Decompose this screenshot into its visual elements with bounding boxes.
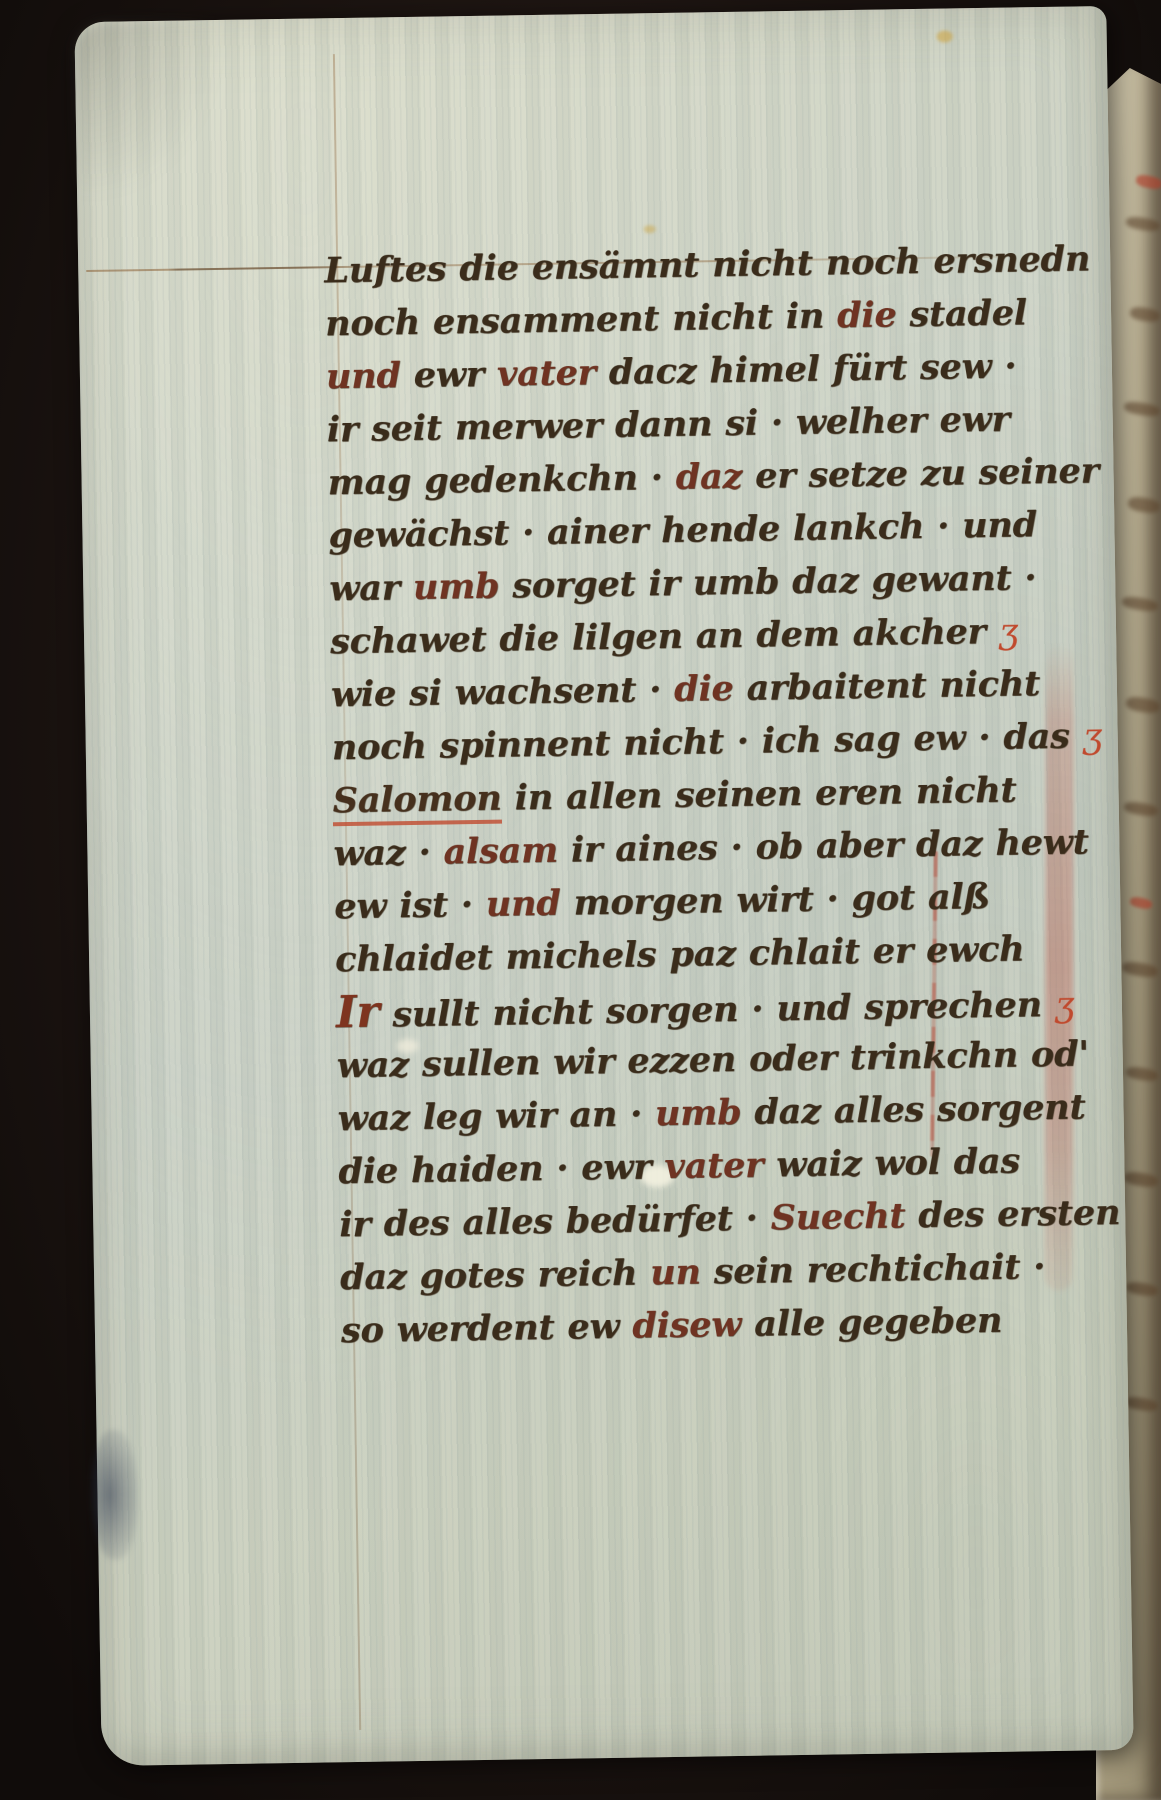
paper-stain [74, 20, 227, 202]
ink-smudge [90, 1429, 138, 1560]
text-segment: un [650, 1252, 701, 1294]
text-segment: Luftes die ensämnt nicht noch ersnedn [324, 238, 1090, 291]
text-segment: ʒ [998, 611, 1018, 651]
text-segment: vater [664, 1145, 764, 1188]
text-segment: Ir [336, 987, 380, 1039]
text-segment: ir des alles bedürfet · [339, 1197, 771, 1245]
text-segment: die [674, 668, 734, 710]
text-segment: daz gotes reich [340, 1252, 651, 1298]
text-segment: ir seit merwer dann si · welher ewr [326, 399, 1010, 451]
text-segment: Salomon [332, 778, 502, 827]
text-segment: sorget ir umb daz gewant · [499, 557, 1037, 606]
text-segment: daz alles sorgent [741, 1086, 1086, 1132]
text-segment: waz sullen wir ezzen oder trinkchn od' [336, 1033, 1089, 1086]
text-segment: waz leg wir an · [337, 1093, 655, 1139]
text-segment: ew ist · [334, 884, 486, 927]
text-segment: alsam [443, 830, 558, 873]
text-segment: schawet die lilgen an dem akcher [330, 611, 999, 662]
text-segment: ʒ [1082, 716, 1102, 756]
adjacent-page-rubric-smudge [1129, 896, 1153, 910]
text-segment: noch spinnent nicht · ich sag ew · das [331, 715, 1082, 768]
adjacent-page-text-smudge [1123, 1395, 1158, 1412]
text-segment: in allen seinen eren nicht [501, 770, 1016, 819]
manuscript-text-block: Luftes die ensämnt nicht noch ersnednnoc… [324, 234, 1009, 1357]
text-segment: sein rechtichait · [700, 1246, 1045, 1292]
text-segment: disew [632, 1304, 742, 1347]
text-segment: daz [675, 456, 742, 498]
adjacent-page-text-smudge [1127, 496, 1161, 515]
adjacent-page-text-smudge [1125, 1281, 1158, 1298]
paper-stain [937, 30, 953, 42]
manuscript-line: so werdent ew disew alle gegeben [341, 1294, 1010, 1357]
text-segment: und [485, 883, 560, 925]
text-segment: ʒ [1054, 985, 1074, 1025]
text-segment: umb [655, 1092, 742, 1134]
text-segment: die haiden · ewr [338, 1146, 665, 1192]
text-segment: war [329, 567, 413, 609]
paper-stain [644, 225, 656, 233]
text-segment: dacz himel fürt sew · [596, 345, 1017, 393]
text-segment: mag gedenkchn · [327, 457, 676, 503]
text-segment: sullt nicht sorgen · und sprechen [379, 984, 1055, 1036]
text-segment: chlaidet michels paz chlait er ewch [335, 928, 1025, 980]
adjacent-page-text-smudge [1125, 1066, 1158, 1083]
text-segment: arbaitent nicht [733, 663, 1040, 709]
adjacent-page-text-smudge [1123, 400, 1160, 417]
text-segment: ir aines · ob aber daz hewt [558, 821, 1089, 870]
text-segment: waz · [333, 832, 444, 875]
text-segment: vater [497, 352, 597, 395]
text-segment: wie si wachsent · [331, 669, 675, 715]
adjacent-page-text-smudge [1121, 595, 1158, 612]
photograph-background: Luftes die ensämnt nicht noch ersnednnoc… [0, 0, 1161, 1800]
text-segment: er setze zu seiner [742, 450, 1099, 497]
adjacent-page-text-smudge [1125, 695, 1161, 714]
adjacent-page-text-smudge [1129, 306, 1161, 324]
adjacent-page-rubric-smudge [1135, 173, 1161, 190]
text-segment: ewr [400, 354, 497, 397]
text-segment: die [837, 294, 897, 336]
text-segment: des ersten [905, 1192, 1121, 1236]
adjacent-page-text-smudge [1123, 1170, 1159, 1188]
text-segment: umb [413, 566, 500, 608]
text-segment: alle gegeben [741, 1300, 1003, 1345]
adjacent-page-text-smudge [1123, 800, 1158, 817]
text-segment: waiz wol das [763, 1141, 1020, 1186]
text-segment: gewächst · ainer hende lankch · und [328, 504, 1037, 556]
adjacent-page-text-smudge [1125, 215, 1160, 232]
text-segment: so werdent ew [341, 1306, 633, 1352]
text-segment: stadel [896, 292, 1027, 335]
text-segment: noch ensamment nicht in [325, 295, 838, 344]
adjacent-page-text-smudge [1121, 960, 1159, 978]
text-segment: Suecht [770, 1195, 905, 1238]
manuscript-page: Luftes die ensämnt nicht noch ersnednnoc… [74, 6, 1133, 1766]
text-segment: und [326, 355, 401, 397]
text-segment: morgen wirt · got alß [560, 876, 990, 924]
